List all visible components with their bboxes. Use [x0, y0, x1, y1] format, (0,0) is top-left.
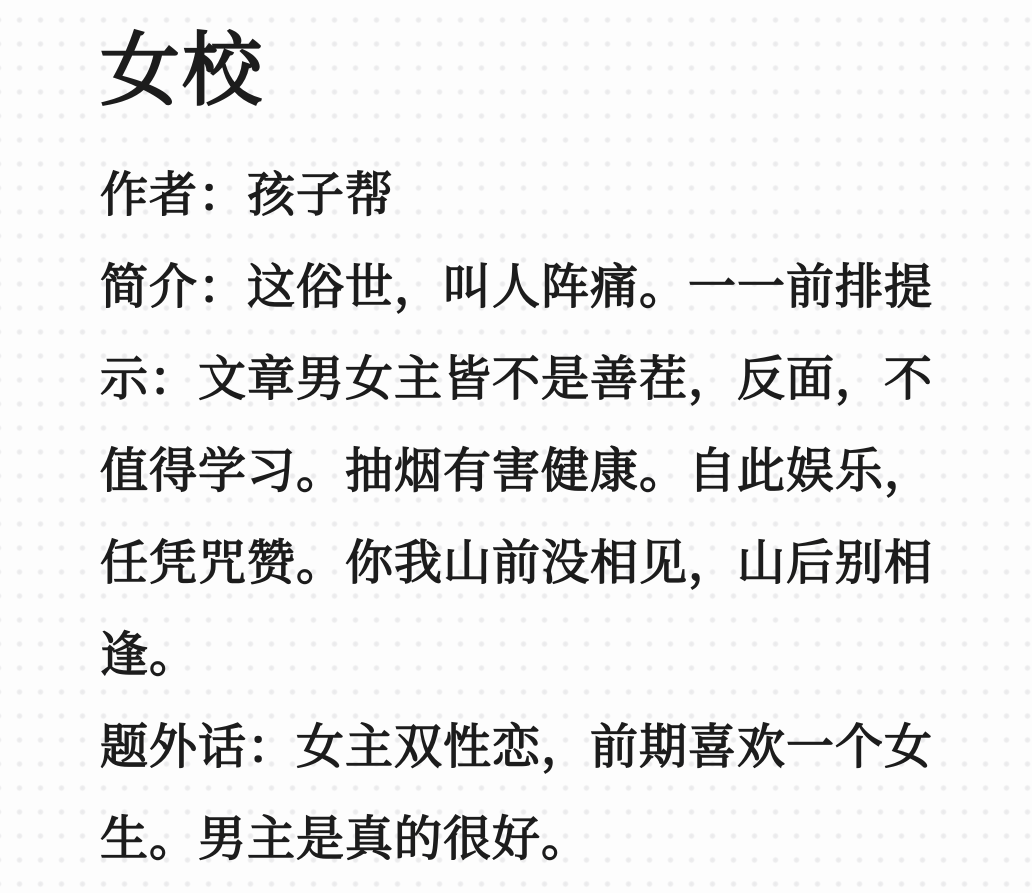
intro-line: 逢。 — [100, 610, 942, 702]
side-note-line: 生。男主是真的很好。 — [100, 794, 942, 886]
side-note-line: 题外话：女主双性恋，前期喜欢一个女 — [100, 702, 942, 794]
book-info-page: 女校 作者：孩子帮 简介：这俗世，叫人阵痛。一一前排提 示：文章男女主皆不是善茬… — [0, 0, 1032, 886]
intro-line: 示：文章男女主皆不是善茬，反面，不 — [100, 334, 942, 426]
book-title: 女校 — [100, 14, 942, 128]
intro-line: 简介：这俗世，叫人阵痛。一一前排提 — [100, 242, 942, 334]
side-note-paragraph: 题外话：女主双性恋，前期喜欢一个女 生。男主是真的很好。 — [100, 702, 942, 886]
book-details: 作者：孩子帮 简介：这俗世，叫人阵痛。一一前排提 示：文章男女主皆不是善茬，反面… — [100, 150, 942, 886]
intro-line: 任凭咒赞。你我山前没相见，山后别相 — [100, 518, 942, 610]
intro-line: 值得学习。抽烟有害健康。自此娱乐， — [100, 426, 942, 518]
book-info-screen: { "book": { "title": "女校", "author_line"… — [0, 0, 1032, 893]
intro-paragraph: 简介：这俗世，叫人阵痛。一一前排提 示：文章男女主皆不是善茬，反面，不 值得学习… — [100, 242, 942, 702]
author-line: 作者：孩子帮 — [100, 150, 942, 242]
